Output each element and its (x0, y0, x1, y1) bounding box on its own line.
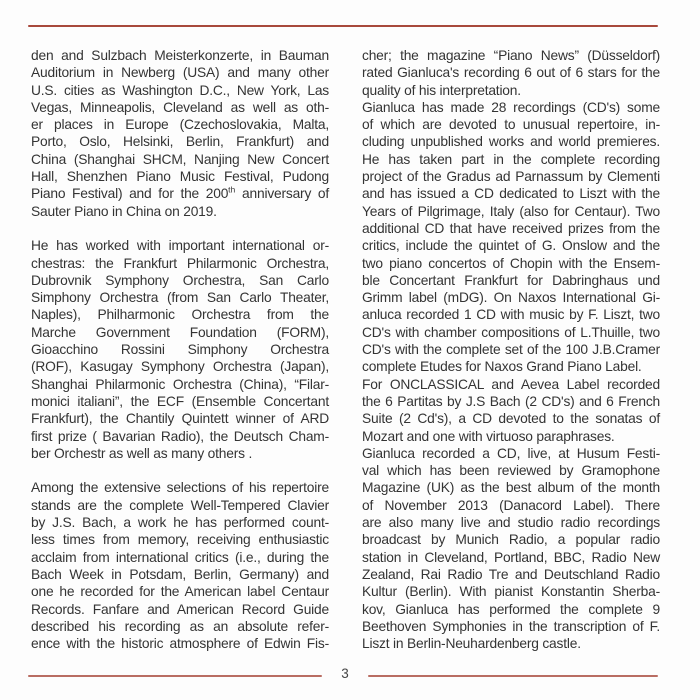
text-line: Kultur (Berlin). With pianist Konstantin… (362, 583, 660, 600)
text-line: Marche Government Foundation (FORM), (31, 324, 329, 341)
text-line: cher; the magazine “Piano News” (Düsseld… (362, 47, 660, 64)
text-line: Dubrovnik Symphony Orchestra, San Carlo (31, 272, 329, 289)
text-line: and has issued a CD dedicated to Liszt w… (362, 185, 660, 202)
text-line: den and Sulzbach Meisterkonzerte, in Bau… (31, 47, 329, 64)
bottom-rule-left (28, 675, 322, 677)
text-line: He has worked with important internation… (31, 237, 329, 254)
text-line: Naples), Philharmonic Orchestra from the (31, 306, 329, 323)
paragraph: Among the extensive selections of his re… (31, 479, 329, 652)
text-line: additional CD that have received prizes … (362, 220, 660, 237)
text-line: of November 2013 (Danacord Label). There (362, 497, 660, 514)
text-line: Records. Fanfare and American Record Gui… (31, 601, 329, 618)
text-line: Years of Pilgrimage, Italy (also for Cen… (362, 203, 660, 220)
text-line: acclaim from international critics (i.e.… (31, 549, 329, 566)
text-line: Gianluca has made 28 recordings (CD's) s… (362, 99, 660, 116)
text-line: CD's with the complete set of the 100 J.… (362, 341, 660, 358)
text-line: Grimm label (mDG). On Naxos Internationa… (362, 289, 660, 306)
paragraph: Gianluca recorded a CD, live, at Husum F… (362, 445, 660, 653)
text-line: Vegas, Minneapolis, Cleveland as well as… (31, 99, 329, 116)
text-line: ence with the historic atmosphere of Edw… (31, 635, 329, 652)
text-line: val which has been reviewed by Gramophon… (362, 462, 660, 479)
text-line: Beethoven Symphonies in the transcriptio… (362, 618, 660, 635)
right-column: cher; the magazine “Piano News” (Düsseld… (362, 47, 660, 652)
text-line: station in Cleveland, Portland, BBC, Rad… (362, 549, 660, 566)
bottom-rule-right (368, 675, 658, 677)
text-line: Auditorium in Newberg (USA) and many oth… (31, 64, 329, 81)
text-line: CD's with chamber compositions of L.Thui… (362, 324, 660, 341)
text-line: broadcast by Munich Radio, a popular rad… (362, 531, 660, 548)
text-line: For ONCLASSICAL and Aevea Label recorded (362, 376, 660, 393)
top-rule (28, 25, 658, 27)
text-line: Piano Festival) and for the 200th annive… (31, 185, 329, 202)
text-line: Magazine (UK) as the best album of the m… (362, 479, 660, 496)
text-line: chestras: the Frankfurt Philarmonic Orch… (31, 255, 329, 272)
text-columns: den and Sulzbach Meisterkonzerte, in Bau… (31, 47, 660, 652)
text-line: are also many live and studio radio reco… (362, 514, 660, 531)
page-number: 3 (322, 666, 368, 681)
text-line: one he recorded for the American label C… (31, 583, 329, 600)
text-line: less times from memory, receiving enthus… (31, 531, 329, 548)
text-line: Bach Week in Potsdam, Berlin, Germany) a… (31, 566, 329, 583)
paragraph: Gianluca has made 28 recordings (CD's) s… (362, 99, 660, 376)
text-line: Suite (2 Cd's), a CD devoted to the sona… (362, 410, 660, 427)
text-line: project of the Gradus ad Parnassum by Cl… (362, 168, 660, 185)
text-line: Liszt in Berlin-Neuhardenberg castle. (362, 635, 660, 652)
paragraph: den and Sulzbach Meisterkonzerte, in Bau… (31, 47, 329, 220)
text-line: Among the extensive selections of his re… (31, 479, 329, 496)
text-line: Gianluca recorded a CD, live, at Husum F… (362, 445, 660, 462)
text-line: of which are devoted to unusual repertoi… (362, 116, 660, 133)
left-column: den and Sulzbach Meisterkonzerte, in Bau… (31, 47, 329, 652)
text-line: by J.S. Bach, a work he has performed co… (31, 514, 329, 531)
text-line: rated Gianluca's recording 6 out of 6 st… (362, 64, 660, 81)
text-line: anluca recorded 1 CD with music by F. Li… (362, 306, 660, 323)
text-line: ble Concertant Frankfurt for Dabringhaus… (362, 272, 660, 289)
text-line: Sauter Piano in China on 2019. (31, 203, 329, 220)
text-line: Shanghai Philarmonic Orchestra (China), … (31, 376, 329, 393)
text-line: cluding unpublished works and world prem… (362, 133, 660, 150)
text-line: Gioacchino Rossini Simphony Orchestra (31, 341, 329, 358)
text-line: stands are the complete Well-Tempered Cl… (31, 497, 329, 514)
text-line: quality of his interpretation. (362, 82, 660, 99)
paragraph: cher; the magazine “Piano News” (Düsseld… (362, 47, 660, 99)
text-line: Simphony Orchestra (from San Carlo Theat… (31, 289, 329, 306)
text-line: kov, Gianluca has performed the complete… (362, 601, 660, 618)
text-line: (ROF), Kasugay Symphony Orchestra (Japan… (31, 358, 329, 375)
text-line: Mozart and one with virtuoso paraphrases… (362, 428, 660, 445)
text-line: er places in Europe (Czechoslovakia, Mal… (31, 116, 329, 133)
text-line: Porto, Oslo, Helsinki, Berlin, Frankfurt… (31, 133, 329, 150)
text-line: Frankfurt), the Chantily Quintett winner… (31, 410, 329, 427)
text-line: monici italiani”, the ECF (Ensemble Conc… (31, 393, 329, 410)
text-line: two piano concertos of Chopin with the E… (362, 255, 660, 272)
text-line: ber Orchestr as well as many others . (31, 445, 329, 462)
text-line: Hall, Shenzhen Piano Music Festival, Pud… (31, 168, 329, 185)
text-line: the 6 Partitas by J.S Bach (2 CD's) and … (362, 393, 660, 410)
paragraph: For ONCLASSICAL and Aevea Label recorded… (362, 376, 660, 445)
paragraph: He has worked with important internation… (31, 237, 329, 462)
text-line: described his recording as an absolute r… (31, 618, 329, 635)
text-line: China (Shanghai SHCM, Nanjing New Concer… (31, 151, 329, 168)
text-line: He has taken part in the complete record… (362, 151, 660, 168)
text-line: first prize ( Bavarian Radio), the Deuts… (31, 428, 329, 445)
text-line: U.S. cities as Washington D.C., New York… (31, 82, 329, 99)
text-line: complete Etudes for Naxos Grand Piano La… (362, 358, 660, 375)
text-line: Zealand, Rai Radio Tre and Deutschland R… (362, 566, 660, 583)
text-line: critics, include the quintet of G. Onslo… (362, 237, 660, 254)
